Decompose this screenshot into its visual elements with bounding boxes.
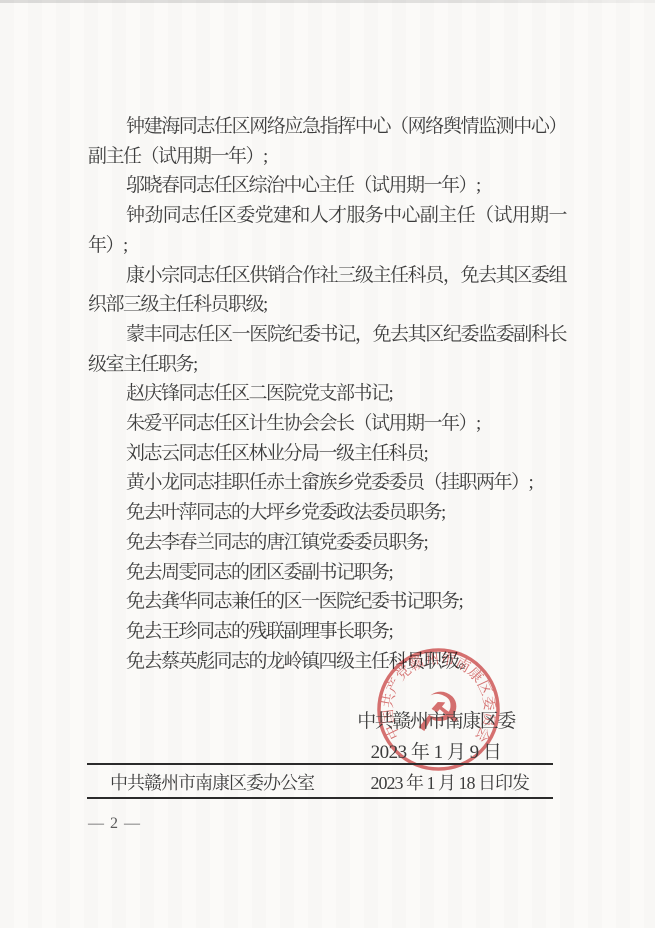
scanned-document-page: 钟建海同志任区网络应急指挥中心（网络舆情监测中心）副主任（试用期一年）;邬晓春同… [0, 0, 655, 928]
signature-date: 2023 年 1 月 9 日 [325, 737, 547, 764]
footer-row: 中共赣州市南康区委办公室 2023 年 1 月 18 日印发 [87, 768, 553, 796]
document-paragraph: 蒙丰同志任区一医院纪委书记，免去其区纪委监委副科长级室主任职务; [88, 320, 566, 379]
document-body: 钟建海同志任区网络应急指挥中心（网络舆情监测中心）副主任（试用期一年）;邬晓春同… [88, 112, 566, 676]
page-number: — 2 — [88, 815, 141, 833]
document-paragraph: 赵庆锋同志任区二医院党支部书记; [88, 379, 566, 409]
signature-org: 中共赣州市南康区委 [325, 706, 547, 733]
document-paragraph: 刘志云同志任区林业分局一级主任科员; [88, 439, 566, 469]
document-paragraph: 免去蔡英彪同志的龙岭镇四级主任科员职级。 [88, 647, 566, 677]
footer-print-date: 2023 年 1 月 18 日印发 [371, 769, 530, 795]
footer-top-rule [87, 763, 553, 765]
document-paragraph: 邬晓春同志任区综治中心主任（试用期一年）; [88, 171, 566, 201]
scan-edge-artifact [0, 0, 655, 3]
document-paragraph: 免去李春兰同志的唐江镇党委委员职务; [88, 528, 566, 558]
document-paragraph: 免去周雯同志的团区委副书记职务; [88, 558, 566, 588]
footer-office: 中共赣州市南康区委办公室 [110, 769, 314, 795]
document-paragraph: 免去龚华同志兼任的区一医院纪委书记职务; [88, 587, 566, 617]
document-paragraph: 钟建海同志任区网络应急指挥中心（网络舆情监测中心）副主任（试用期一年）; [88, 112, 566, 171]
document-paragraph: 免去叶萍同志的大坪乡党委政法委员职务; [88, 498, 566, 528]
document-paragraph: 康小宗同志任区供销合作社三级主任科员，免去其区委组织部三级主任科员职级; [88, 261, 566, 320]
footer-bottom-rule [87, 797, 553, 799]
document-paragraph: 朱爱平同志任区计生协会会长（试用期一年）; [88, 409, 566, 439]
document-paragraph: 黄小龙同志挂职任赤土畲族乡党委委员（挂职两年）; [88, 468, 566, 498]
document-paragraph: 钟劲同志任区委党建和人才服务中心副主任（试用期一年）; [88, 201, 566, 260]
document-paragraph: 免去王珍同志的残联副理事长职务; [88, 617, 566, 647]
